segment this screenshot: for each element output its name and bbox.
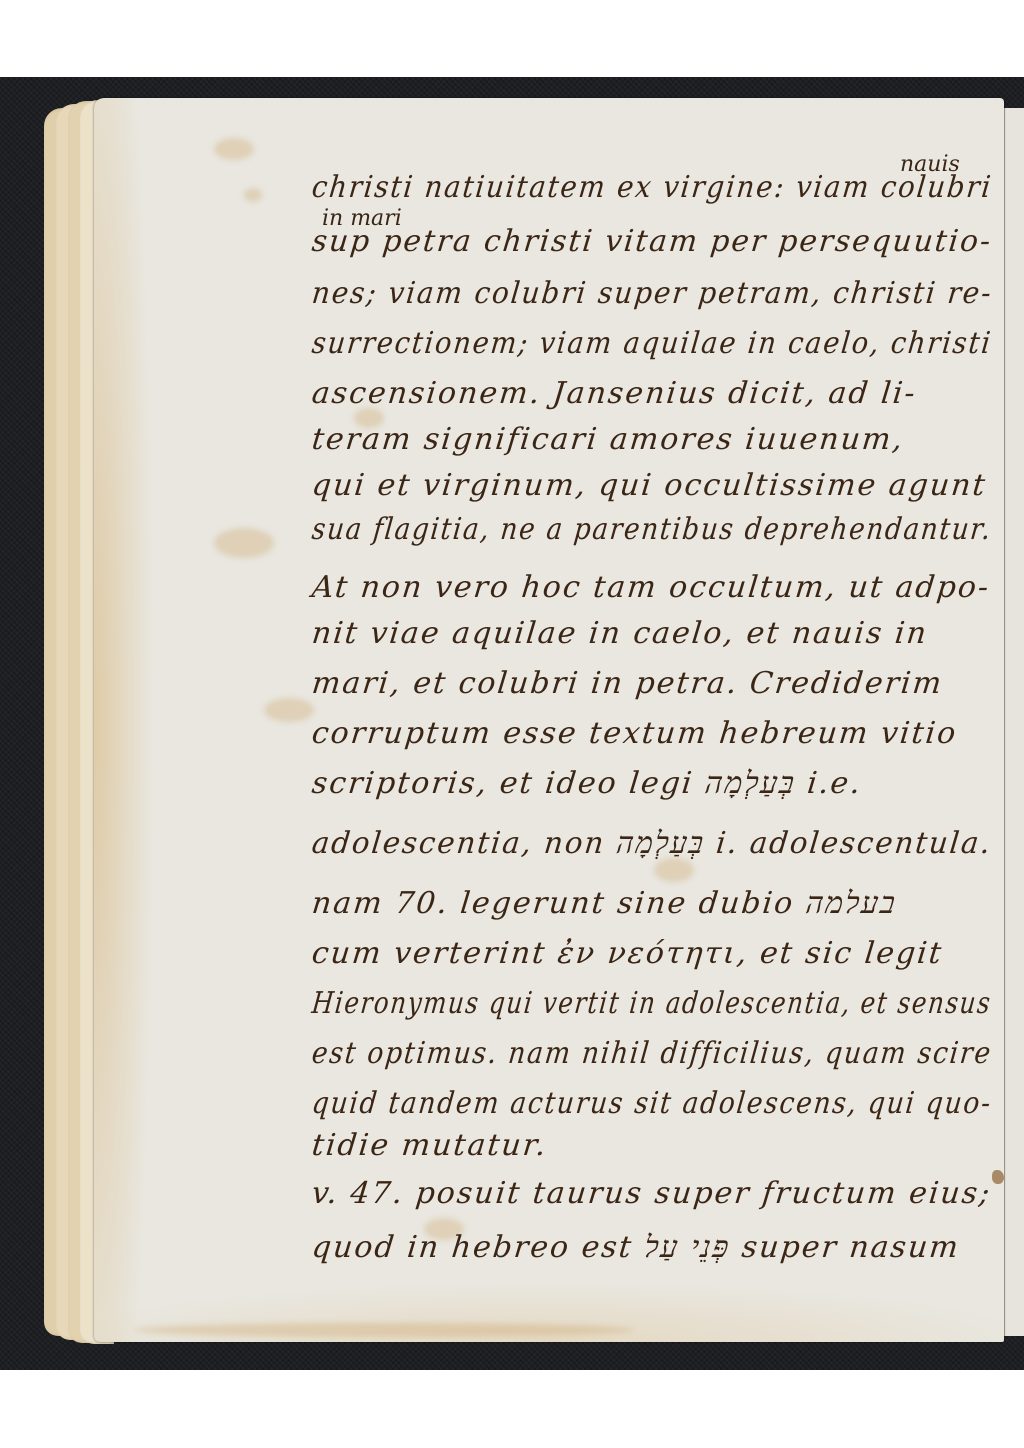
- text-line-19: quid tandem acturus sit adolescens, qui …: [310, 1086, 994, 1121]
- text-line-8: sua flagitia, ne a parentibus deprehenda…: [310, 512, 994, 547]
- text-line-22: quod in hebreo est פְּנֵי עַל super nasu…: [310, 1230, 962, 1265]
- text-line-7: qui et virginum, qui occultissime agunt: [310, 468, 988, 503]
- text-line-10: nit viae aquilae in caelo, et nauis in: [310, 616, 930, 651]
- text-line-1: christi natiuitatem ex virgine: viam col…: [310, 170, 994, 205]
- text-line-13: scriptoris, et ideo legi בְּעַלְמָה i.e.: [310, 766, 864, 801]
- text-line-17: Hieronymus qui vertit in adolescentia, e…: [310, 986, 993, 1021]
- text-line-14: adolescentia, non בְּעַלְמָה i. adolesce…: [310, 826, 993, 861]
- text-line-12: corruptum esse textum hebreum vitio: [310, 716, 959, 751]
- text-line-3: nes; viam colubri super petram, christi …: [310, 276, 994, 311]
- text-line-21: v. 47. posuit taurus super fructum eius;: [310, 1176, 993, 1211]
- text-line-9: At non vero hoc tam occultum, ut adpo-: [310, 570, 992, 605]
- text-line-20: tidie mutatur.: [310, 1128, 549, 1163]
- text-line-11: mari, et colubri in petra. Crediderim: [310, 666, 945, 701]
- text-line-4: surrectionem; viam aquilae in caelo, chr…: [310, 326, 994, 361]
- text-line-5: ascensionem. Jansenius dicit, ad li-: [310, 376, 918, 411]
- text-line-16: cum verterint ἐν νεότητι, et sic legit: [310, 936, 945, 971]
- manuscript-text: nauis in mari christi natiuitatem ex vir…: [0, 0, 1024, 1448]
- text-line-18: est optimus. nam nihil difficilius, quam…: [310, 1036, 994, 1071]
- text-line-15: nam 70. legerunt sine dubio בעלמה: [310, 886, 898, 921]
- text-line-2: sup petra christi vitam per persequutio-: [310, 224, 994, 259]
- text-line-6: teram significari amores iuuenum,: [310, 422, 906, 457]
